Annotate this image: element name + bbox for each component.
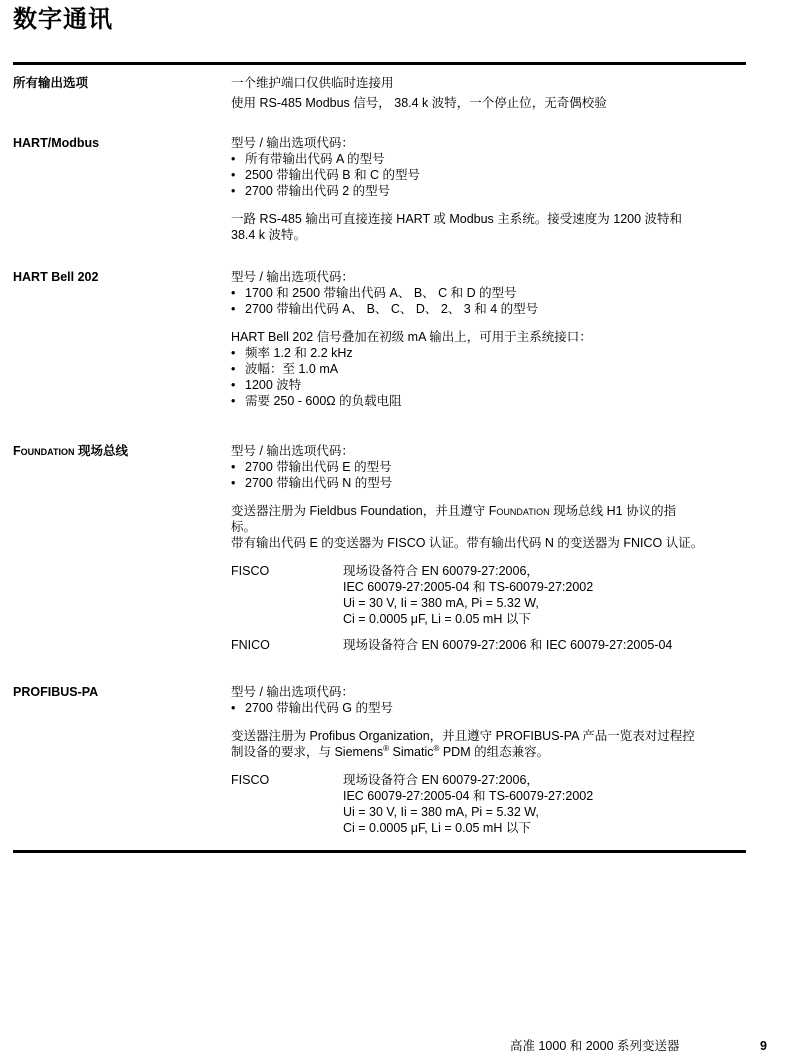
- code-item: 2700 带输出代码 N 的型号: [231, 475, 731, 491]
- text-line: 38.4 k 波特。: [231, 227, 731, 243]
- model-codes: 型号 / 输出选项代码： 所有带输出代码 A 的型号 2500 带输出代码 B …: [231, 135, 731, 199]
- text-smallcaps: Foundation: [489, 504, 550, 518]
- text-line: IEC 60079-27:2005-04 和 TS-60079-27:2002: [343, 788, 731, 804]
- cert-fnico: FNICO 现场设备符合 EN 60079-27:2006 和 IEC 6007…: [231, 637, 731, 653]
- section-body: 型号 / 输出选项代码： 所有带输出代码 A 的型号 2500 带输出代码 B …: [231, 135, 731, 255]
- codes-heading: 型号 / 输出选项代码：: [231, 443, 731, 459]
- code-item: 所有带输出代码 A 的型号: [231, 151, 731, 167]
- text-line: Ui = 30 V, Ii = 380 mA, Pi = 5.32 W,: [343, 804, 731, 820]
- description: 变送器注册为 Fieldbus Foundation，并且遵守 Foundati…: [231, 503, 731, 551]
- text-line: 现场设备符合 EN 60079-27:2006 和 IEC 60079-27:2…: [343, 637, 731, 653]
- model-codes: 型号 / 输出选项代码： 2700 带输出代码 G 的型号: [231, 684, 731, 716]
- text-fragment: Simatic: [389, 745, 433, 759]
- text-fragment: 现场总线 H1 协议的指: [550, 504, 676, 518]
- text-line: 带有输出代码 E 的变送器为 FISCO 认证。带有输出代码 N 的变送器为 F…: [231, 535, 731, 551]
- code-item: 1700 和 2500 带输出代码 A、 B、 C 和 D 的型号: [231, 285, 731, 301]
- spec-item: 频率 1.2 和 2.2 kHz: [231, 345, 731, 361]
- text-line: 标。: [231, 519, 731, 535]
- text-line: 一路 RS-485 输出可直接连接 HART 或 Modbus 主系统。接受速度…: [231, 211, 731, 227]
- text-line: 现场设备符合 EN 60079-27:2006，: [343, 563, 731, 579]
- cert-value: 现场设备符合 EN 60079-27:2006 和 IEC 60079-27:2…: [343, 637, 731, 653]
- text-line: Ci = 0.0005 μF, Li = 0.05 mH 以下: [343, 820, 731, 836]
- section-body: 一个维护端口仅供临时连接用 使用 RS-485 Modbus 信号， 38.4 …: [231, 75, 731, 111]
- bottom-divider: [13, 850, 746, 853]
- text-line: IEC 60079-27:2005-04 和 TS-60079-27:2002: [343, 579, 731, 595]
- model-codes: 型号 / 输出选项代码： 1700 和 2500 带输出代码 A、 B、 C 和…: [231, 269, 731, 317]
- section-body: 型号 / 输出选项代码： 2700 带输出代码 E 的型号 2700 带输出代码…: [231, 443, 731, 663]
- code-item: 2700 带输出代码 G 的型号: [231, 700, 731, 716]
- text-line: Ci = 0.0005 μF, Li = 0.05 mH 以下: [343, 611, 731, 627]
- text-fragment: PDM 的组态兼容。: [439, 745, 549, 759]
- cert-fisco: FISCO 现场设备符合 EN 60079-27:2006， IEC 60079…: [231, 563, 731, 627]
- description: 变送器注册为 Profibus Organization，并且遵守 PROFIB…: [231, 728, 731, 760]
- text-fragment: 制设备的要求，与 Siemens: [231, 745, 383, 759]
- section-body: 型号 / 输出选项代码： 2700 带输出代码 G 的型号 变送器注册为 Pro…: [231, 684, 731, 846]
- text-line: 变送器注册为 Fieldbus Foundation，并且遵守 Foundati…: [231, 503, 731, 519]
- text-line: 制设备的要求，与 Siemens® Simatic® PDM 的组态兼容。: [231, 744, 731, 760]
- spec-item: 波幅：至 1.0 mA: [231, 361, 731, 377]
- text-line: 现场设备符合 EN 60079-27:2006，: [343, 772, 731, 788]
- description: 一路 RS-485 输出可直接连接 HART 或 Modbus 主系统。接受速度…: [231, 211, 731, 243]
- section-label: 所有输出选项: [13, 75, 213, 91]
- section-body: 型号 / 输出选项代码： 1700 和 2500 带输出代码 A、 B、 C 和…: [231, 269, 731, 421]
- codes-heading: 型号 / 输出选项代码：: [231, 684, 731, 700]
- text-line: 一个维护端口仅供临时连接用: [231, 75, 731, 91]
- cert-key: FNICO: [231, 637, 331, 653]
- description-heading: HART Bell 202 信号叠加在初级 mA 输出上，可用于主系统接口：: [231, 329, 731, 345]
- page-title: 数字通讯: [13, 4, 113, 36]
- text-fragment: 变送器注册为 Fieldbus Foundation，并且遵守: [231, 504, 489, 518]
- cert-key: FISCO: [231, 563, 331, 579]
- section-label: PROFIBUS-PA: [13, 684, 213, 700]
- spec-item: 需要 250 - 600Ω 的负载电阻: [231, 393, 731, 409]
- label-suffix: 现场总线: [74, 444, 127, 458]
- section-label: HART Bell 202: [13, 269, 213, 285]
- section-label: HART/Modbus: [13, 135, 213, 151]
- spec-item: 1200 波特: [231, 377, 731, 393]
- text-line: Ui = 30 V, Ii = 380 mA, Pi = 5.32 W,: [343, 595, 731, 611]
- cert-key: FISCO: [231, 772, 331, 788]
- code-item: 2700 带输出代码 E 的型号: [231, 459, 731, 475]
- code-item: 2500 带输出代码 B 和 C 的型号: [231, 167, 731, 183]
- model-codes: 型号 / 输出选项代码： 2700 带输出代码 E 的型号 2700 带输出代码…: [231, 443, 731, 491]
- text-line: 使用 RS-485 Modbus 信号， 38.4 k 波特，一个停止位，无奇偶…: [231, 95, 731, 111]
- page-number: 9: [760, 1038, 767, 1054]
- description: HART Bell 202 信号叠加在初级 mA 输出上，可用于主系统接口： 频…: [231, 329, 731, 409]
- cert-fisco: FISCO 现场设备符合 EN 60079-27:2006， IEC 60079…: [231, 772, 731, 836]
- label-smallcaps: Foundation: [13, 444, 74, 458]
- top-divider: [13, 62, 746, 65]
- text-line: 变送器注册为 Profibus Organization，并且遵守 PROFIB…: [231, 728, 731, 744]
- cert-value: 现场设备符合 EN 60079-27:2006， IEC 60079-27:20…: [343, 772, 731, 836]
- section-label: Foundation 现场总线: [13, 443, 213, 459]
- code-item: 2700 带输出代码 2 的型号: [231, 183, 731, 199]
- cert-value: 现场设备符合 EN 60079-27:2006， IEC 60079-27:20…: [343, 563, 731, 627]
- codes-heading: 型号 / 输出选项代码：: [231, 269, 731, 285]
- footer-title: 高准 1000 和 2000 系列变送器: [510, 1038, 680, 1054]
- codes-heading: 型号 / 输出选项代码：: [231, 135, 731, 151]
- code-item: 2700 带输出代码 A、 B、 C、 D、 2、 3 和 4 的型号: [231, 301, 731, 317]
